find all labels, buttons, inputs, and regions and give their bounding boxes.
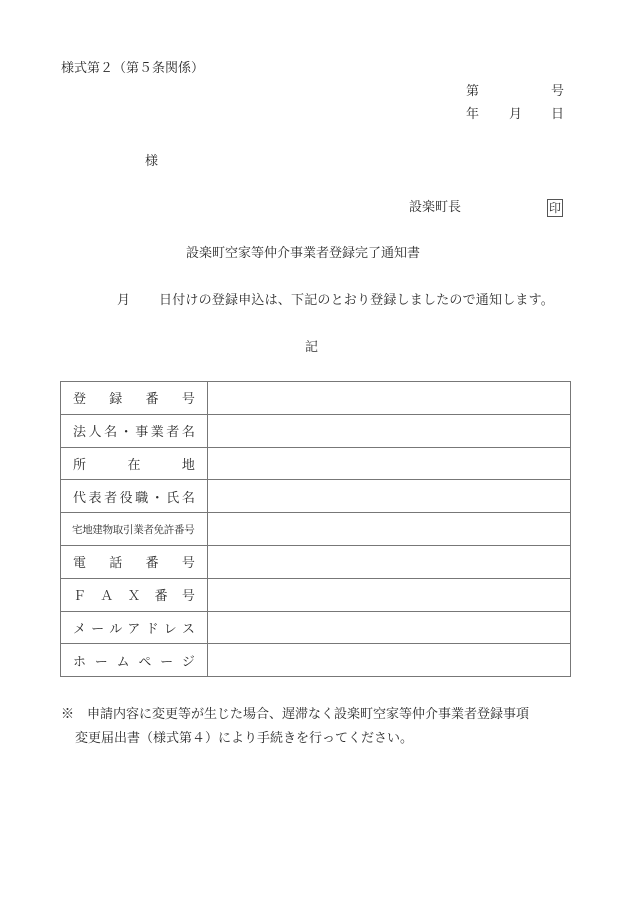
seal-stamp-icon: 印 <box>547 199 563 217</box>
label-char: 代 <box>73 487 86 506</box>
label-char: ー <box>160 651 173 670</box>
row-label: 登録番号 <box>61 382 208 415</box>
issuer-title: 設楽町長 <box>409 200 461 216</box>
label-char: 号 <box>182 552 195 571</box>
label-char: ペ <box>138 651 151 670</box>
label-char: 名 <box>104 421 117 440</box>
document-title: 設楽町空家等仲介事業者登録完了通知書 <box>186 246 420 262</box>
row-value-field[interactable] <box>207 382 570 415</box>
note-line-2: 変更届出書（様式第４）により手続きを行ってください。 <box>75 731 413 747</box>
table-row: 代表者役職・氏名 <box>61 480 571 513</box>
table-row: 登録番号 <box>61 382 571 415</box>
document-number-prefix: 第 <box>466 84 479 100</box>
label-char: 氏 <box>166 487 179 506</box>
table-row: メールアドレス <box>61 611 571 644</box>
body-text: 日付けの登録申込は、下記のとおり登録しましたので通知します。 <box>159 293 554 309</box>
table-row: ホームページ <box>61 644 571 677</box>
date-day-label: 日 <box>551 107 564 123</box>
row-value-field[interactable] <box>207 480 570 513</box>
row-value-field[interactable] <box>207 644 570 677</box>
label-char: ス <box>182 618 195 637</box>
label-char: 業 <box>151 421 164 440</box>
note-line-1: ※ 申請内容に変更等が生じた場合、遅滞なく設楽町空家等仲介事業者登録事項 <box>61 707 529 723</box>
document-number-suffix: 号 <box>551 84 564 100</box>
notification-document: 様式第２（第５条関係） 第 号 年 月 日 様 設楽町長 印 設楽町空家等仲介事… <box>0 0 630 915</box>
label-char: 番 <box>155 585 168 604</box>
label-char: Ａ <box>100 585 113 604</box>
label-text: 宅地建物取引業者免許番号 <box>72 524 194 536</box>
label-char: 号 <box>182 388 195 407</box>
label-char: ル <box>109 618 122 637</box>
table-row: 電話番号 <box>61 545 571 578</box>
row-value-field[interactable] <box>207 578 570 611</box>
row-label: 所在地 <box>61 447 208 480</box>
date-year-label: 年 <box>466 107 479 123</box>
label-char: ア <box>127 618 140 637</box>
label-char: 名 <box>182 487 195 506</box>
label-char: 地 <box>182 454 195 473</box>
form-number: 様式第２（第５条関係） <box>61 61 204 77</box>
label-char: 表 <box>89 487 102 506</box>
table-row: 宅地建物取引業者免許番号 <box>61 513 571 546</box>
row-value-field[interactable] <box>207 414 570 447</box>
label-char: 番 <box>146 388 159 407</box>
row-value-field[interactable] <box>207 611 570 644</box>
row-label: 宅地建物取引業者免許番号 <box>61 513 208 546</box>
row-label: メールアドレス <box>61 611 208 644</box>
label-char: Ｘ <box>127 585 140 604</box>
label-char: ー <box>91 618 104 637</box>
label-char: 者 <box>104 487 117 506</box>
registration-table: 登録番号法人名・事業者名所在地代表者役職・氏名宅地建物取引業者免許番号電話番号Ｆ… <box>60 381 571 677</box>
label-char: メ <box>73 618 86 637</box>
label-char: ー <box>95 651 108 670</box>
label-char: 号 <box>182 585 195 604</box>
label-char: 職 <box>135 487 148 506</box>
label-char: 所 <box>73 454 86 473</box>
recipient-honorific: 様 <box>145 154 158 170</box>
row-label: ＦＡＸ番号 <box>61 578 208 611</box>
label-char: 事 <box>135 421 148 440</box>
label-char: Ｆ <box>73 585 86 604</box>
row-value-field[interactable] <box>207 545 570 578</box>
label-char: 登 <box>73 388 86 407</box>
date-month-label: 月 <box>509 107 522 123</box>
ki-heading: 記 <box>305 340 318 356</box>
label-char: ム <box>117 651 130 670</box>
label-char: ホ <box>73 651 86 670</box>
table-row: 法人名・事業者名 <box>61 414 571 447</box>
label-char: 法 <box>73 421 86 440</box>
table-row: ＦＡＸ番号 <box>61 578 571 611</box>
label-char: ジ <box>182 651 195 670</box>
label-char: 録 <box>109 388 122 407</box>
row-value-field[interactable] <box>207 513 570 546</box>
label-char: ・ <box>120 421 133 440</box>
label-char: ド <box>146 618 159 637</box>
label-char: 者 <box>166 421 179 440</box>
label-char: レ <box>164 618 177 637</box>
label-char: ・ <box>151 487 164 506</box>
label-char: 電 <box>73 552 86 571</box>
table-row: 所在地 <box>61 447 571 480</box>
label-char: 話 <box>109 552 122 571</box>
label-char: 役 <box>120 487 133 506</box>
row-label: 法人名・事業者名 <box>61 414 208 447</box>
row-label: 代表者役職・氏名 <box>61 480 208 513</box>
row-value-field[interactable] <box>207 447 570 480</box>
label-char: 名 <box>182 421 195 440</box>
label-char: 番 <box>146 552 159 571</box>
label-char: 在 <box>127 454 140 473</box>
row-label: 電話番号 <box>61 545 208 578</box>
row-label: ホームページ <box>61 644 208 677</box>
label-char: 人 <box>89 421 102 440</box>
body-month-label: 月 <box>117 293 130 309</box>
